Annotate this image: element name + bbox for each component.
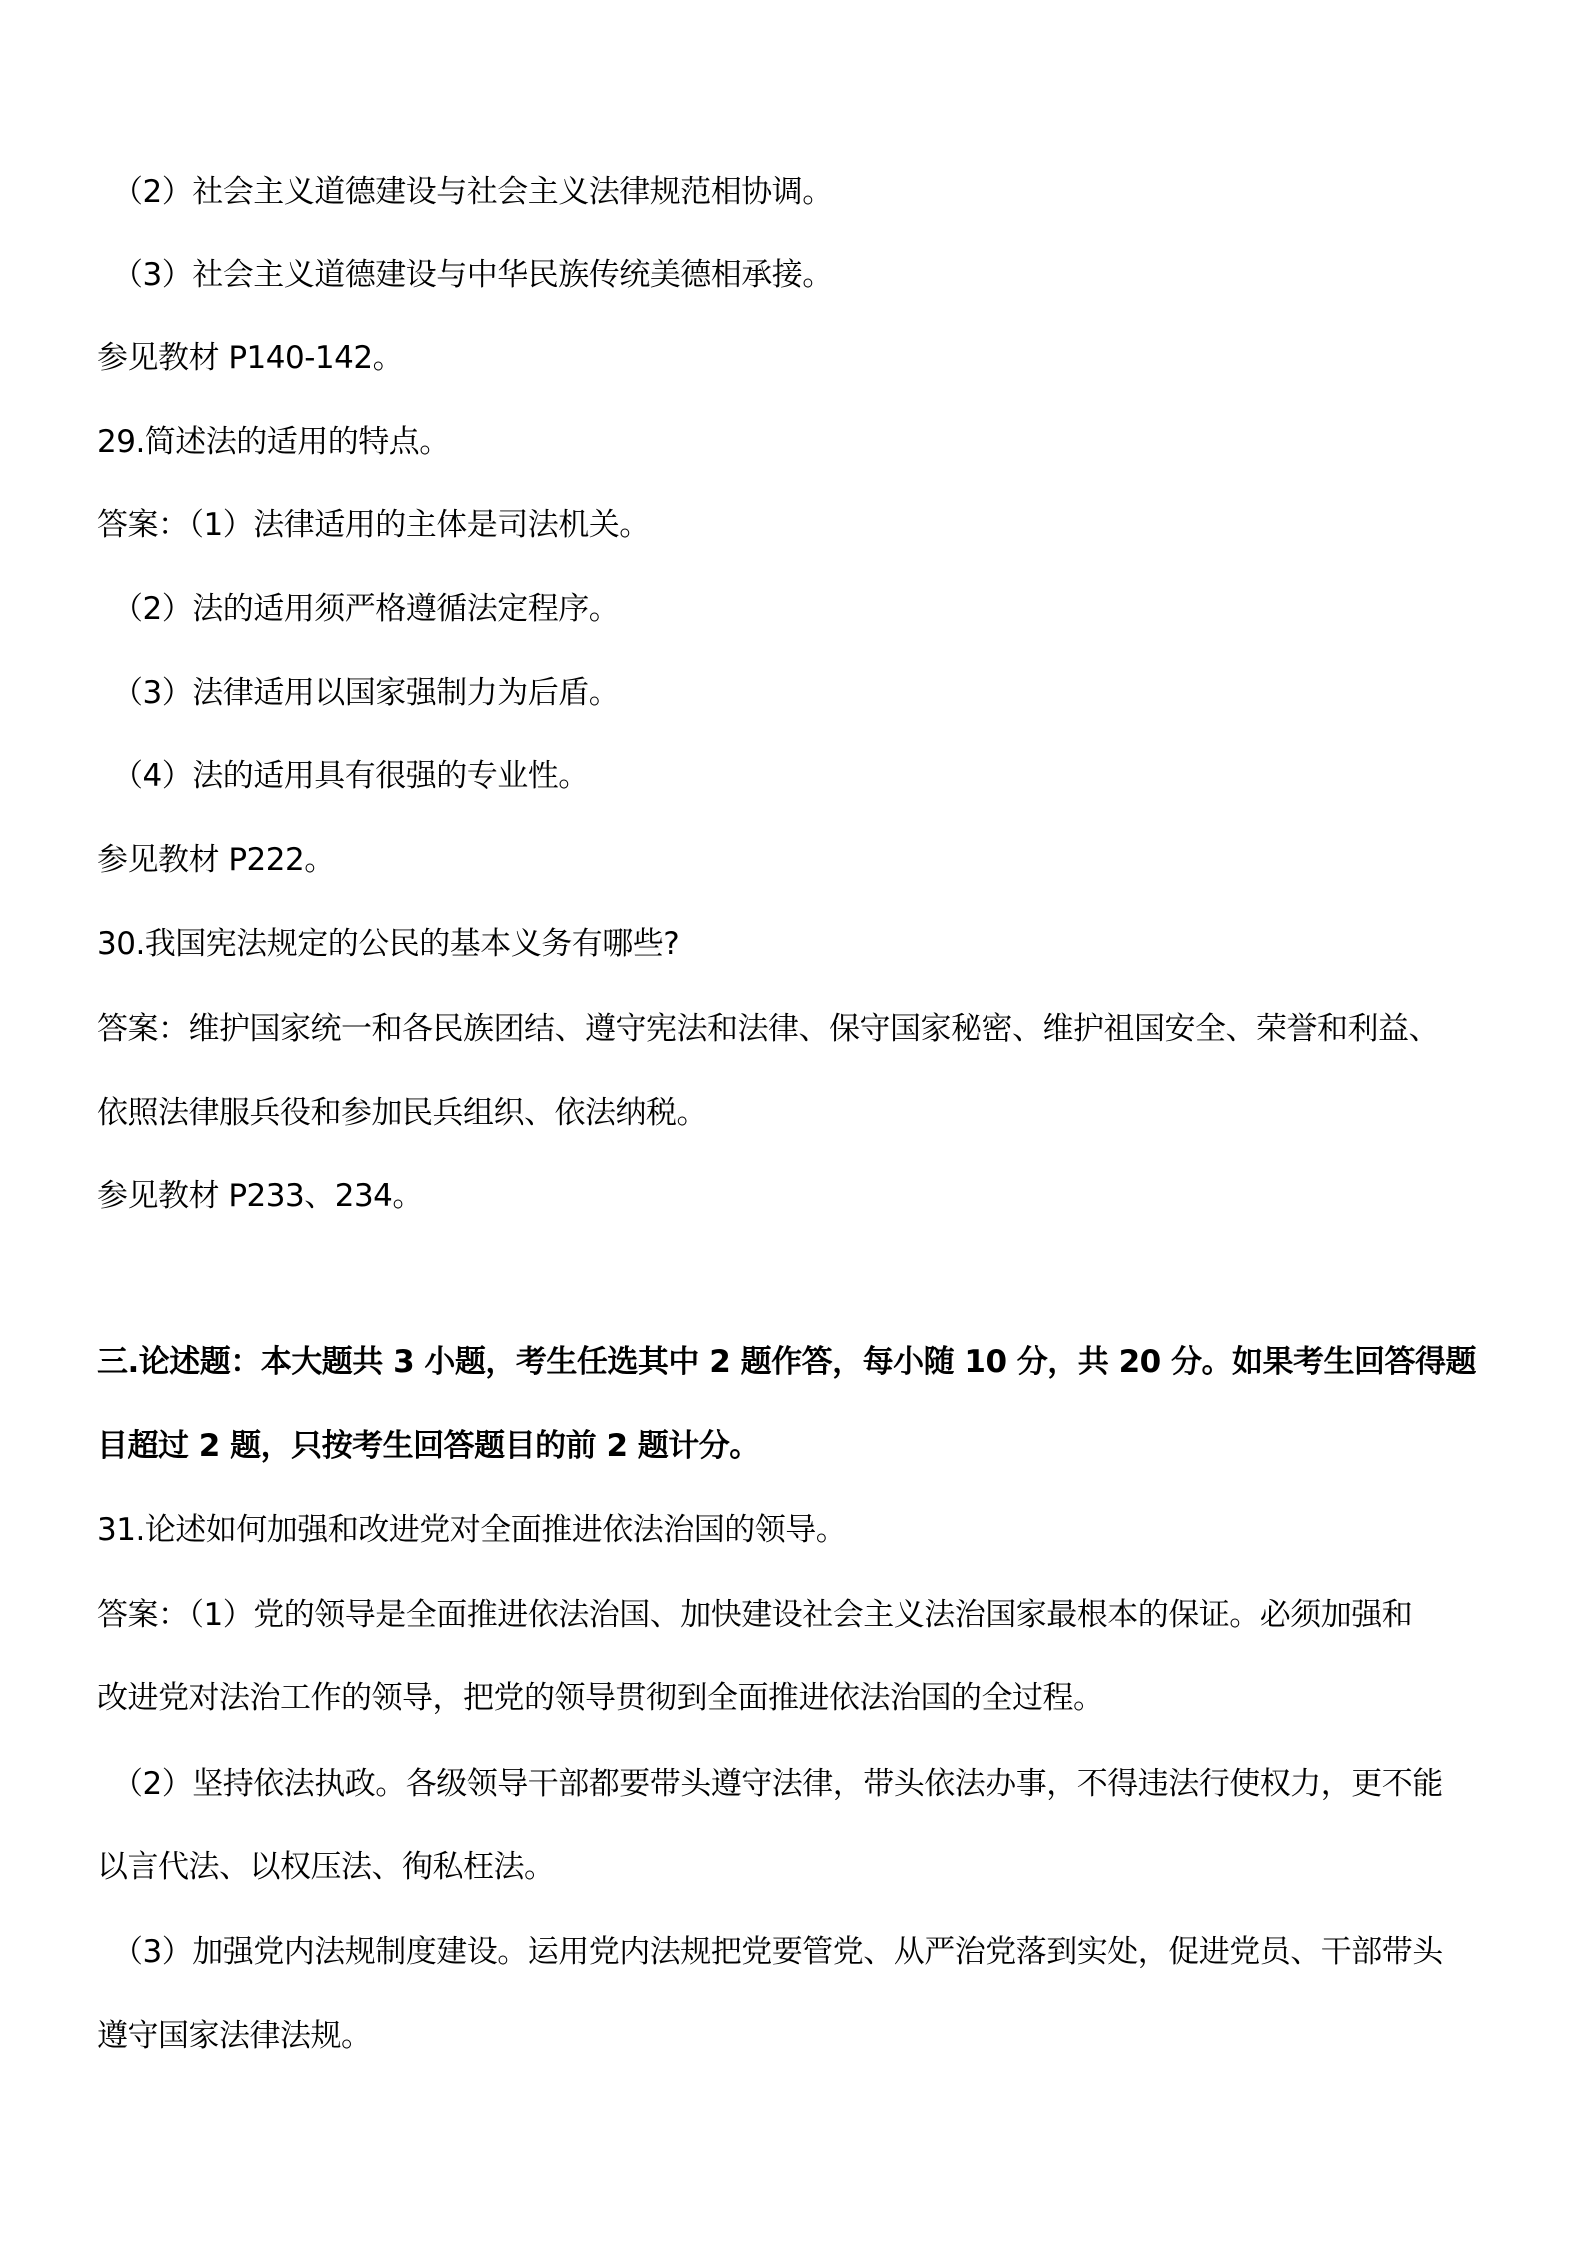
answer-31-item-2-line-1: （2）坚持依法执政。各级领导干部都要带头遵守法律，带头依法办事，不得违法行使权力… <box>112 1764 1443 1804</box>
answer-31-item-3-line-1: （3）加强党内法规制度建设。运用党内法规把党要管党、从严治党落到实处，促进党员、… <box>112 1932 1443 1972</box>
answer-29-item-3: （3）法律适用以国家强制力为后盾。 <box>112 673 619 713</box>
textbook-reference-30: 参见教材 P233、234。 <box>97 1176 423 1216</box>
question-31: 31.论述如何加强和改进党对全面推进依法治国的领导。 <box>97 1510 846 1550</box>
section-heading-essay-line-2: 目超过 2 题，只按考生回答题目的前 2 题计分。 <box>97 1426 760 1466</box>
answer-30-line-2: 依照法律服兵役和参加民兵组织、依法纳税。 <box>97 1093 707 1133</box>
answer-item-28-2: （2）社会主义道德建设与社会主义法律规范相协调。 <box>112 172 833 212</box>
textbook-reference-29: 参见教材 P222。 <box>97 840 335 880</box>
answer-29-item-1: 答案：（1）法律适用的主体是司法机关。 <box>97 505 650 545</box>
answer-31-item-1-line-2: 改进党对法治工作的领导，把党的领导贯彻到全面推进依法治国的全过程。 <box>97 1678 1104 1718</box>
textbook-reference-28: 参见教材 P140-142。 <box>97 338 403 378</box>
answer-item-28-3: （3）社会主义道德建设与中华民族传统美德相承接。 <box>112 255 833 295</box>
question-29: 29.简述法的适用的特点。 <box>97 422 450 462</box>
answer-31-item-3-line-2: 遵守国家法律法规。 <box>97 2016 372 2056</box>
answer-30-line-1: 答案：维护国家统一和各民族团结、遵守宪法和法律、保守国家秘密、维护祖国安全、荣誉… <box>97 1009 1439 1049</box>
answer-29-item-4: （4）法的适用具有很强的专业性。 <box>112 756 589 796</box>
section-heading-essay-line-1: 三.论述题：本大题共 3 小题，考生任选其中 2 题作答，每小随 10 分，共 … <box>97 1342 1476 1382</box>
answer-31-item-1-line-1: 答案：（1）党的领导是全面推进依法治国、加快建设社会主义法治国家最根本的保证。必… <box>97 1595 1412 1635</box>
answer-29-item-2: （2）法的适用须严格遵循法定程序。 <box>112 589 619 629</box>
answer-31-item-2-line-2: 以言代法、以权压法、徇私枉法。 <box>97 1847 555 1887</box>
question-30: 30.我国宪法规定的公民的基本义务有哪些? <box>97 924 679 964</box>
